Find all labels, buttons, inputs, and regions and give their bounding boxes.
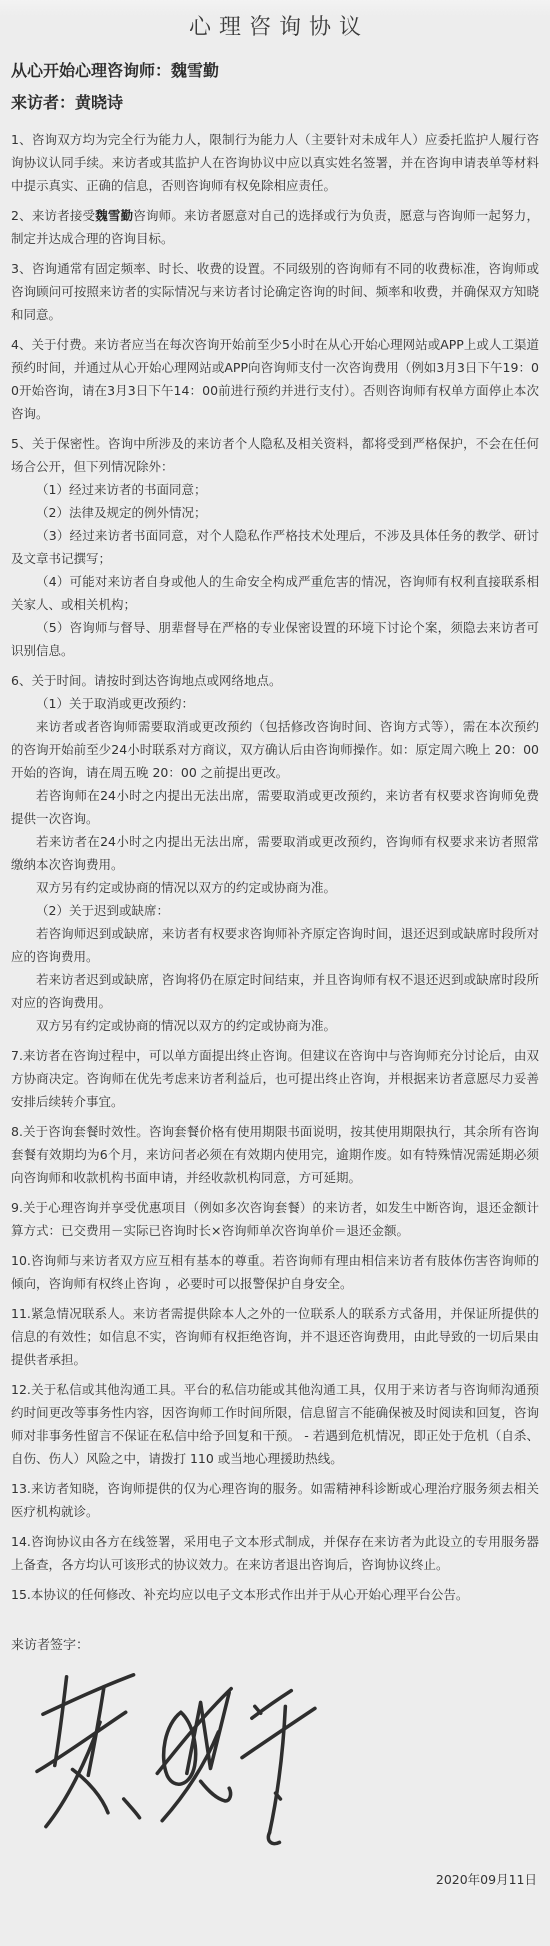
paragraph: 5、关于保密性。咨询中所涉及的来访者个人隐私及相关资料，都将受到严格保护，不会在… bbox=[11, 432, 539, 478]
document-title: 心理咨询协议 bbox=[11, 10, 539, 41]
paragraph: 双方另有约定或协商的情况以双方的约定或协商为准。 bbox=[11, 1014, 539, 1037]
paragraph: （1）关于取消或更改预约： bbox=[11, 692, 539, 715]
paragraph: 9.关于心理咨询并享受优惠项目（例如多次咨询套餐）的来访者，如发生中断咨询，退还… bbox=[11, 1196, 539, 1242]
visitor-signature-icon bbox=[29, 1663, 319, 1868]
paragraph: 4、关于付费。来访者应当在每次咨询开始前至少5小时在从心开始心理网站或APP上或… bbox=[11, 333, 539, 425]
paragraph: （4）可能对来访者自身或他人的生命安全构成严重危害的情况，咨询师有权利直接联系相… bbox=[11, 570, 539, 616]
paragraph: 11.紧急情况联系人。来访者需提供除本人之外的一位联系人的联系方式备用，并保证所… bbox=[11, 1302, 539, 1371]
paragraph: 2、来访者接受魏雪勤咨询师。来访者愿意对自己的选择或行为负责，愿意与咨询师一起努… bbox=[11, 204, 539, 250]
agreement-body: 1、咨询双方均为完全行为能力人，限制行为能力人（主要针对未成年人）应委托监护人履… bbox=[11, 128, 539, 1606]
paragraph: 若咨询师迟到或缺席，来访者有权要求咨询师补齐原定咨询时间，退还迟到或缺席时段所对… bbox=[11, 922, 539, 968]
paragraph: 若来访者在24小时之内提出无法出席，需要取消或更改预约，咨询师有权要求来访者照常… bbox=[11, 830, 539, 876]
paragraph: （5）咨询师与督导、朋辈督导在严格的专业保密设置的环境下讨论个案，须隐去来访者可… bbox=[11, 616, 539, 662]
paragraph: （2）关于迟到或缺席： bbox=[11, 899, 539, 922]
signature-area bbox=[29, 1663, 539, 1868]
paragraph: 13.来访者知晓，咨询师提供的仅为心理咨询的服务。如需精神科诊断或心理治疗服务须… bbox=[11, 1477, 539, 1523]
paragraph: 7.来访者在咨询过程中，可以单方面提出终止咨询。但建议在咨询中与咨询师充分讨论后… bbox=[11, 1044, 539, 1113]
paragraph: （3）经过来访者书面同意，对个人隐私作严格技术处理后，不涉及具体任务的教学、研讨… bbox=[11, 524, 539, 570]
paragraph: 12.关于私信或其他沟通工具。平台的私信功能或其他沟通工具，仅用于来访者与咨询师… bbox=[11, 1378, 539, 1470]
paragraph: （1）经过来访者的书面同意； bbox=[11, 478, 539, 501]
paragraph: 来访者或者咨询师需要取消或更改预约（包括修改咨询时间、咨询方式等），需在本次预约… bbox=[11, 715, 539, 784]
paragraph: 1、咨询双方均为完全行为能力人，限制行为能力人（主要针对未成年人）应委托监护人履… bbox=[11, 128, 539, 197]
paragraph: 若来访者迟到或缺席，咨询将仍在原定时间结束，并且咨询师有权不退还迟到或缺席时段所… bbox=[11, 968, 539, 1014]
paragraph: 8.关于咨询套餐时效性。咨询套餐价格有使用期限书面说明，按其使用期限执行，其余所… bbox=[11, 1120, 539, 1189]
paragraph: 14.咨询协议由各方在线签署，采用电子文本形式制成，并保存在来访者为此设立的专用… bbox=[11, 1530, 539, 1576]
agreement-date: 2020年09月11日 bbox=[11, 1870, 539, 1888]
agreement-document: 心理咨询协议 从心开始心理咨询师：魏雪勤 来访者：黄晓诗 1、咨询双方均为完全行… bbox=[0, 0, 550, 1946]
paragraph: 双方另有约定或协商的情况以双方的约定或协商为准。 bbox=[11, 876, 539, 899]
paragraph: 10.咨询师与来访者双方应互相有基本的尊重。若咨询师有理由相信来访者有肢体伤害咨… bbox=[11, 1249, 539, 1295]
paragraph: 6、关于时间。请按时到达咨询地点或网络地点。 bbox=[11, 669, 539, 692]
signature-label: 来访者签字： bbox=[11, 1634, 539, 1653]
counselor-line: 从心开始心理咨询师：魏雪勤 bbox=[11, 61, 539, 81]
paragraph: 3、咨询通常有固定频率、时长、收费的设置。不同级别的咨询师有不同的收费标准，咨询… bbox=[11, 257, 539, 326]
paragraph: 若咨询师在24小时之内提出无法出席，需要取消或更改预约，来访者有权要求咨询师免费… bbox=[11, 784, 539, 830]
visitor-line: 来访者：黄晓诗 bbox=[11, 93, 539, 113]
paragraph: 15.本协议的任何修改、补充均应以电子文本形式作出并于从心开始心理平台公告。 bbox=[11, 1583, 539, 1606]
paragraph: （2）法律及规定的例外情况； bbox=[11, 501, 539, 524]
